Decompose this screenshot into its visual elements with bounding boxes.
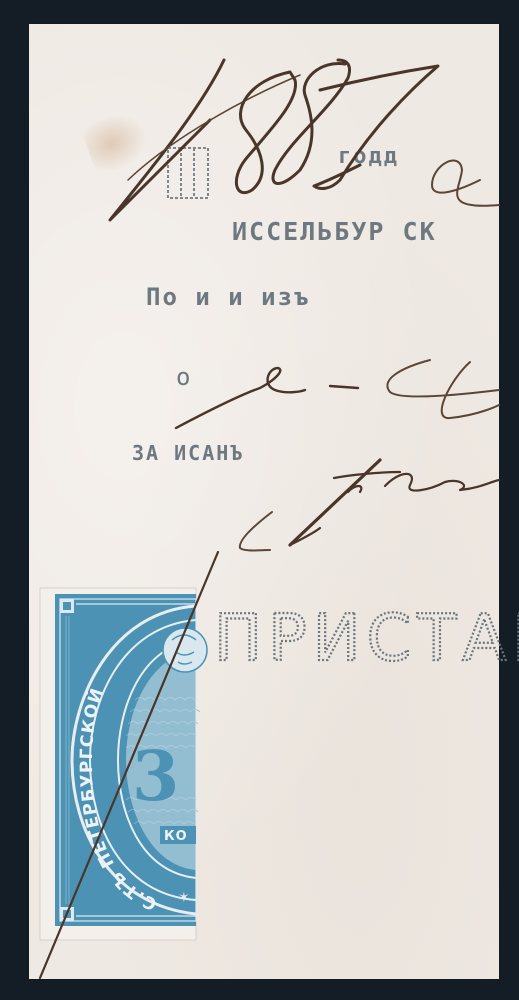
handstamp-line-2: ИССЕЛЬБУР СК: [232, 217, 437, 246]
stamp-denomination: 3: [132, 737, 179, 817]
document-markings: С.ТЪ ПЕТЕРБУРГСКОЙ 3 КО: [0, 0, 519, 1000]
svg-text:годд: годд: [338, 144, 399, 169]
handstamp-line-5: ЗА ИСАНЪ: [132, 441, 244, 465]
svg-text:✶: ✶: [178, 890, 190, 906]
scanned-document: С.ТЪ ПЕТЕРБУРГСКОЙ 3 КО: [0, 0, 519, 1000]
handstamp-line-3: По и и изъ: [146, 283, 311, 311]
handstamp-line-4: о: [176, 363, 192, 391]
handstamp-large-line: ПРИСТАВ: [214, 602, 519, 676]
stamp-currency: КО: [164, 829, 188, 844]
